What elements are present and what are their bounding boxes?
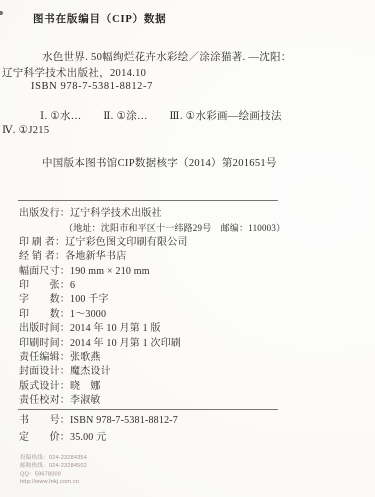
price-value: 35.00 元 [70,432,106,443]
cip-header: 图书在版编目（CIP）数据 [33,11,166,26]
info-label: 定 价： [19,432,70,443]
book-number-row: 书 号：ISBN 978-7-5381-8812-7 [19,413,178,430]
info-label: 字 数： [19,294,70,305]
cip-publisher-line: 辽宁科学技术出版社，2014.10 [2,65,146,80]
info-value: 李淑敏 [70,395,101,406]
info-row: 印刷时间：2014 年 10 月第 1 次印刷 [19,337,285,351]
cip-classification-line-2: Ⅳ. ①J215 [2,124,49,136]
info-row: 责任校对：李淑敏 [19,394,285,408]
info-value: 晓 娜 [70,381,101,392]
info-row: 字 数：100 千字 [19,293,285,307]
divider-line-top [18,200,278,201]
submission-hotline-line: 投稿热线：024-23284354 [20,454,87,462]
info-row: 印 刷 者：辽宁彩色图文印刷有限公司 [19,236,285,250]
qq-line: QQ：59678009 [20,470,87,478]
book-number-value: ISBN 978-7-5381-8812-7 [70,415,178,426]
price-row: 定 价：35.00 元 [19,430,178,447]
info-row: 经 销 者：各地新华书店 [19,250,285,264]
publisher-address-row: （地址：沈阳市和平区十一纬路29号 邮编：110003） [19,221,285,235]
info-value: 辽宁彩色图文印刷有限公司 [65,237,187,248]
cip-classification-line-1: Ⅰ. ①水… Ⅱ. ①涂… Ⅲ. ①水彩画—绘画技法 [40,108,282,123]
info-row: 责任编辑：张歌燕 [19,351,285,365]
info-value: 1～3000 [70,309,106,320]
info-value: 张歌燕 [70,352,101,363]
info-row: 印 数：1～3000 [19,308,285,322]
info-value: 各地新华书店 [65,251,126,262]
info-label: 书 号： [19,415,70,426]
info-label: 幅面尺寸： [19,266,70,277]
info-row: 封面设计：魔杰设计 [19,365,285,379]
info-label: 封面设计： [19,366,70,377]
contact-footer: 投稿热线：024-23284354 邮购热线：024-23284502 QQ：5… [20,454,87,486]
info-value: 辽宁科学技术出版社 [70,208,162,219]
copyright-page: 图书在版编目（CIP）数据 水色世界. 50幅绚烂花卉水彩绘／涂涂猫著. —沈阳… [0,0,375,497]
info-value: 2014 年 10 月第 1 次印刷 [70,338,181,349]
scan-speck [0,11,3,15]
info-value: 190 mm × 210 mm [70,266,150,277]
info-row: 出版时间：2014 年 10 月第 1 版 [19,322,285,336]
info-value: 100 千字 [70,294,109,305]
divider-line-bottom [18,409,278,410]
info-label: 出版发行： [19,208,70,219]
info-label: 版式设计： [19,381,70,392]
mail-order-hotline-line: 邮购热线：024-23284502 [20,462,87,470]
info-row: 出版发行：辽宁科学技术出版社 [19,207,285,221]
cip-title-line: 水色世界. 50幅绚烂花卉水彩绘／涂涂猫著. —沈阳： [42,49,292,64]
info-label: 责任编辑： [19,352,70,363]
website-url: http://www.lnkj.com.cn [20,478,87,486]
publisher-address: （地址：沈阳市和平区十一纬路29号 邮编：110003） [64,223,285,233]
info-label: 印 数： [19,309,70,320]
info-label: 责任校对： [19,395,70,406]
info-row: 版式设计：晓 娜 [19,380,285,394]
publication-info: 出版发行：辽宁科学技术出版社 （地址：沈阳市和平区十一纬路29号 邮编：1100… [19,207,285,408]
cip-isbn-line: ISBN 978-7-5381-8812-7 [31,81,153,92]
info-value: 魔杰设计 [70,366,111,377]
info-label: 印刷时间： [19,338,70,349]
info-row: 印 张：6 [19,279,285,293]
info-label: 印 张： [19,280,70,291]
info-value: 6 [70,280,75,291]
info-label: 印 刷 者： [19,237,65,248]
info-label: 出版时间： [19,323,70,334]
info-row: 幅面尺寸：190 mm × 210 mm [19,265,285,279]
info-label: 经 销 者： [19,251,65,262]
price-info: 书 号：ISBN 978-7-5381-8812-7 定 价：35.00 元 [19,413,178,446]
cip-registry-line: 中国版本图书馆CIP数据核字（2014）第201651号 [42,155,277,170]
info-value: 2014 年 10 月第 1 版 [70,323,161,334]
